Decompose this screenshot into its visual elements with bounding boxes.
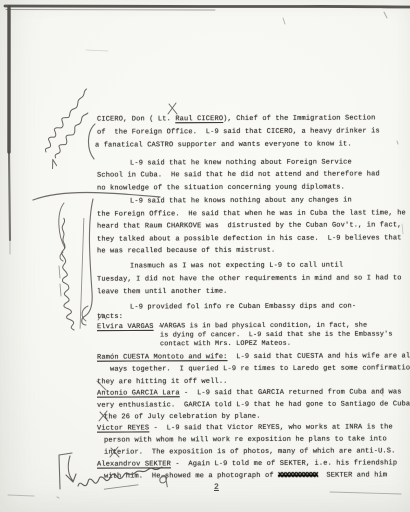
page-number: 2: [214, 483, 219, 492]
scan-speck: [397, 141, 398, 144]
typed-line: leave them until another time.: [97, 287, 228, 299]
scanned-document-page: CICERO, Don ( Lt. Raul CICERO), Chief of…: [0, 0, 410, 512]
typed-line: with him. He showed me a photograph of X…: [104, 470, 387, 482]
underlined-name: Antonio GARCIA Lara: [97, 389, 180, 397]
typed-text: - Again L-9 told me of SEKTER, i.e. his …: [171, 459, 397, 468]
underlined-name: Victor REYES: [97, 424, 149, 432]
typed-line: contact with Mrs. LOPEZ Mateos.: [160, 339, 291, 351]
typed-text: L-9 said that CUESTA and his wife are al…: [228, 352, 410, 361]
typed-line: heard that Raum CHARKOVE was distrusted …: [97, 220, 402, 232]
typed-text: - L-9 said that GARCIA returned from Cub…: [180, 388, 402, 397]
scan-smudge-bottom-right: [330, 492, 401, 494]
typed-line: Elvira VARGAS -: [97, 322, 162, 333]
underlined-name: Ramón CUESTA Montoto and wife:: [97, 353, 228, 362]
handwritten-arrow-down: [66, 456, 76, 482]
typed-line: they are hitting it off well..: [97, 377, 228, 389]
typed-line: Ramón CUESTA Montoto and wife: L-9 said …: [97, 351, 410, 363]
typed-line: the Foreign Office. He said that when he…: [97, 208, 406, 220]
typed-line: CICERO, Don ( Lt. Raul CICERO), Chief of…: [97, 113, 375, 125]
typed-text: with him. He showed me a photograph of: [104, 472, 278, 481]
typed-line: Alexandrov SEKTER - Again L-9 told me of…: [97, 458, 397, 470]
underlined-name: Alexandrov SEKTER: [97, 460, 171, 468]
underlined-name: Elvira VARGAS: [97, 323, 154, 331]
typed-line: the 26 of July celebration by plane.: [104, 412, 261, 424]
typed-line: Antonio GARCIA Lara - L-9 said that GARC…: [97, 387, 402, 399]
typed-text: - L-9 said that Victor REYES, who works …: [149, 423, 393, 432]
handwritten-curl-tacts: [82, 306, 88, 321]
scan-smudge: [86, 50, 108, 51]
typed-text: SEKTER and him: [318, 471, 388, 479]
typed-text: ), Chief of the Immigration Section: [223, 114, 375, 123]
typed-line: Inasmuch as I was not expecting L-9 to c…: [130, 261, 343, 273]
typed-line: L-9 said that he knew nothing about Fore…: [130, 158, 352, 170]
handwritten-margin-line: [82, 199, 93, 325]
scan-speck: [283, 18, 285, 24]
scan-speck: [384, 12, 387, 18]
typed-line: L-9 said that he knows nothing about any…: [130, 196, 352, 208]
typed-line: L-9 provided fol info re Cuban Embassy d…: [130, 302, 356, 314]
typed-line: he was recalled because of this mistrust…: [97, 246, 275, 258]
scan-edge-top-shadow: [6, 10, 215, 11]
scan-speck: [57, 497, 59, 498]
scan-edge-top: [5, 6, 410, 7]
scan-speck: [402, 224, 403, 234]
handwritten-margin-ticks: [59, 266, 61, 296]
typed-line: Victor REYES - L-9 said that Victor REYE…: [97, 422, 393, 434]
typed-line: ways together. I queried L-9 re times to…: [110, 363, 410, 375]
typed-line: no knowledge of the situation concerning…: [97, 182, 345, 194]
typed-text: CICERO, Don ( Lt.: [97, 115, 175, 123]
typed-line: interior. The exposition is of photos, m…: [104, 446, 396, 458]
typed-line: Tuesday, I did not have the other requir…: [97, 273, 402, 285]
scan-smudge-bottom-left: [8, 495, 34, 496]
typed-line: School in Cuba. He said that he did not …: [97, 169, 380, 181]
typed-line: of the Foreign Office. L-9 said that CIC…: [97, 126, 380, 138]
handwritten-bracket-sekter: [59, 453, 72, 489]
scan-edge-left-lower: [9, 152, 10, 240]
redacted-text: XXXXXXXXXXX: [278, 472, 318, 480]
typed-line: they talked about a possible defection i…: [97, 233, 402, 245]
typed-line: person with whom he will work re exposit…: [104, 434, 387, 446]
handwritten-note-margin: [57, 217, 86, 330]
underlined-name: Raul CICERO: [175, 115, 223, 123]
handwritten-margin-brace: [59, 203, 65, 261]
handwritten-x-mark-cicero: [168, 103, 177, 114]
typed-line: a fanatical CASTRO supporter and wants e…: [95, 139, 352, 151]
typed-line: very enthusiastic. GARCIA told L-9 that …: [97, 399, 410, 411]
